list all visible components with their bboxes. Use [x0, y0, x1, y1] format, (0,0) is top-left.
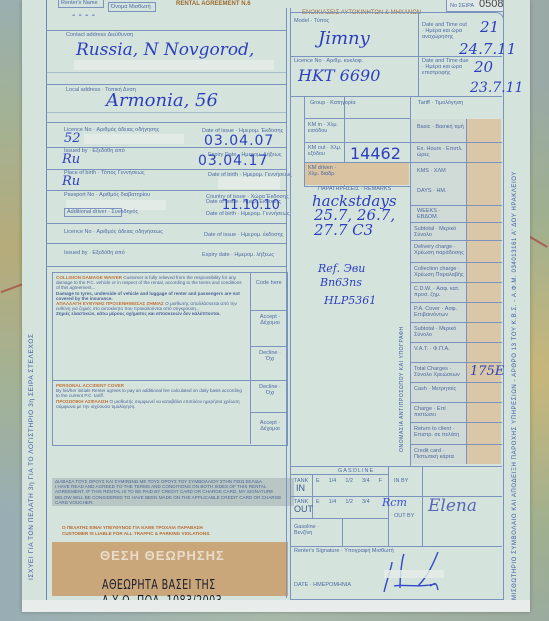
serial-number-box: No ΣΕΙΡΑ 0508	[446, 0, 504, 12]
tank-in-level-quarter[interactable]: 1/4	[329, 478, 337, 484]
contact-address-label: Contact address Διεύθυνση	[66, 32, 133, 38]
license-plate-value: HKT 6690	[298, 66, 380, 85]
stamp-watermark: ΘΕΣΗ ΘΕΩΡΗΣΗΣ	[100, 548, 225, 563]
renter-name-label-box: Renter's Name	[58, 0, 104, 8]
remarks-line4: Ref. Эви	[318, 262, 365, 275]
divider	[410, 240, 502, 241]
tank-in-label: IN	[296, 483, 305, 493]
tank-out-level-e[interactable]: E	[316, 499, 320, 505]
model-label: Model · Τύπος	[294, 18, 329, 24]
vat-label: V.A.T. · Φ.Π.Α.	[414, 346, 464, 352]
pa-cover-label: P.A. Cover · Ασφ. Επιβαινόντων	[414, 306, 464, 318]
form-title: RENTAL AGREEMENT N.6	[176, 1, 251, 7]
traffic-warning-english: CUSTOMER IS LIABLE FOR ALL TRAFFIC & PAR…	[62, 531, 211, 536]
divider	[410, 362, 502, 363]
divider	[410, 302, 502, 303]
divider	[290, 96, 502, 97]
divider	[410, 205, 502, 206]
additional-driver-license-label: Licence No · Αριθμός άδειας οδηγήσεως	[64, 229, 163, 235]
divider	[410, 222, 502, 223]
delivery-charge-label: Delivery charge · Χρέωση παράδοσης	[414, 244, 464, 256]
divider	[304, 118, 410, 119]
agent-vertical-text: ΟΝΟΜΑΣΙΑ ΑΝΤΙΠΡΟΣΩΠΟΥ ΚΑΙ ΥΠΟΓΡΑΦΗ	[399, 326, 405, 452]
tank-out-level-three-quarter[interactable]: 3/4	[362, 499, 370, 505]
redacted-address-line	[74, 60, 274, 70]
tank-out-level-half[interactable]: 1/2	[345, 499, 353, 505]
days-label: DAYS · ΗΜ.	[417, 188, 463, 194]
subtotal2-label: Subtotal · Μερικό Σύνολο	[414, 326, 464, 338]
pai-text: By his/her initials Renter agrees to pay…	[56, 388, 242, 398]
divider	[46, 266, 286, 267]
collection-charge-label: Collection charge · Χρέωση Παραλαβής	[414, 266, 464, 278]
divider	[290, 56, 502, 57]
tank-out-label: OUT	[294, 504, 313, 514]
divider	[410, 382, 502, 383]
issued-by-value: Ru	[62, 152, 80, 167]
divider	[466, 119, 467, 464]
tank-in-level-full[interactable]: F	[379, 478, 382, 484]
paper-bottom-edge	[22, 600, 530, 612]
return-to-client-label: Return to client · Επιστρ. σε πελάτη	[414, 426, 464, 438]
charge-label: Charge · Επί πιστώσει	[414, 406, 464, 418]
out-by-label: OUT BY	[394, 513, 414, 519]
tank-out-levels[interactable]: E 1/4 1/2 3/4	[316, 499, 370, 505]
divider	[410, 162, 502, 163]
group-label: Group · Κατηγορία	[310, 100, 356, 106]
total-charges-label: Total Charges · Σύνολο Χρεώσεων	[414, 366, 464, 378]
divider	[410, 444, 502, 445]
place-of-birth-value: Ru	[62, 174, 80, 189]
tank-in-levels[interactable]: E 1/4 1/2 3/4 F	[316, 478, 382, 484]
divider	[46, 30, 286, 31]
redacted-date-of-birth	[218, 177, 280, 189]
divider	[46, 72, 286, 73]
left-vertical-text: ΙΣΧΥΕΙ ΓΙΑ ΤΟΝ ΠΕΛΑΤΗ 3η ΓΙΑ ΤΟ ΛΟΓΙΣΤΗΡ…	[28, 333, 35, 580]
redacted-license-number	[84, 134, 184, 144]
left-margin-strip: ΙΣΧΥΕΙ ΓΙΑ ΤΟΝ ΠΕΛΑΤΗ 3η ΓΙΑ ΤΟ ΛΟΓΙΣΤΗΡ…	[22, 0, 47, 612]
right-vertical-text: ΜΙΣΘΩΤΗΡΙΟ ΣΥΜΒΟΛΑΙΟ ΚΑΙ ΑΠΟΔΕΙΞΗ ΠΑΡΟΧΗ…	[512, 171, 518, 600]
divider	[290, 518, 388, 519]
terms-block: ΔΙΑΒΑΣΑ ΤΟΥΣ ΟΡΟΥΣ ΚΑΙ ΣΥΜΦΩΝΩ ΜΕ ΤΟΥΣ Ο…	[52, 478, 294, 506]
cdw-greek-highlight: Ζημιές ελαστικών, κάτω μέρους οχήματος κ…	[56, 311, 220, 316]
divider	[250, 310, 286, 311]
divider	[304, 142, 410, 143]
serial-label: No ΣΕΙΡΑ	[450, 3, 474, 9]
column-divider	[286, 8, 287, 598]
tariff-label: Tariff · Τιμολόγηση	[418, 100, 463, 106]
divider	[418, 12, 419, 96]
cash-label: Cash · Μετρητοίς	[414, 386, 464, 392]
additional-driver-dob-label: Date of birth · Ημερομ. Γεννήσεως	[206, 211, 290, 217]
traffic-warning-greek: Ο ΠΕΛΑΤΗΣ ΕΙΝΑΙ ΥΠΕΥΘΥΝΟΣ ΓΙΑ ΚΑΘΕ ΤΡΟΧΑ…	[62, 525, 203, 530]
date-due-value: 23.7.11	[470, 80, 523, 96]
date-time-due-label: Date and Time due · Ημέρα και ώρα επιστρ…	[422, 58, 470, 76]
contact-address-value: Russia, N Novgorod,	[76, 40, 254, 60]
divider	[52, 380, 286, 381]
divider	[290, 474, 388, 475]
additional-driver-expiry-label: Expiry date · Ημερομ. λήξεως	[202, 252, 274, 258]
divider	[250, 412, 286, 413]
divider	[46, 122, 286, 123]
redacted-signature-part	[384, 570, 444, 578]
date-time-out-label: Date and Time out · Ημέρα και ώρα αναχώρ…	[422, 22, 470, 40]
additional-driver-box: Additional driver · Συνοδηγός	[64, 208, 122, 217]
expiry-date-value: 03.04.17	[198, 153, 268, 169]
divider	[410, 422, 502, 423]
renter-name-value: - - - -	[72, 10, 95, 21]
gasoline-label: Gasoline · Βενζίνη	[294, 524, 324, 536]
basic-label: Basic · Βασική τιμή	[417, 124, 464, 130]
time-due-value: 20	[474, 58, 493, 76]
divider	[410, 282, 502, 283]
divider	[342, 518, 343, 546]
stamp-line1: ΑΘΕΩΡΗΤΑ ΒΑΣΕΙ ΤΗΣ	[102, 578, 216, 593]
divider	[46, 223, 286, 224]
cdw-accept-option[interactable]: Accept · Δέχομαι	[256, 314, 284, 326]
divider	[46, 190, 286, 191]
remarks-line6: HLP5361	[324, 294, 376, 307]
tank-in-level-e[interactable]: E	[316, 478, 320, 484]
divider	[410, 322, 502, 323]
remarks-line3: 27.7 C3	[314, 221, 373, 239]
cdw-decline-option[interactable]: Decline · Όχι	[256, 350, 284, 362]
divider	[46, 84, 286, 85]
km-in-label: KM in · Χλμ. εισόδου	[308, 122, 342, 134]
license-no-value: 52	[64, 131, 81, 146]
tank-in-level-half[interactable]: 1/2	[345, 478, 353, 484]
cdw-text-block: COLLISION DAMAGE WAIVER Customer is full…	[56, 275, 246, 317]
total-charges-value: 175E	[470, 364, 504, 379]
pai-accept-option[interactable]: Accept · Δέχομαι	[256, 420, 284, 432]
rental-agreement-form: ΙΣΧΥΕΙ ΓΙΑ ΤΟΝ ΠΕΛΑΤΗ 3η ΓΙΑ ΤΟ ΛΟΓΙΣΤΗΡ…	[22, 0, 530, 612]
divider	[250, 272, 251, 444]
tank-in-level-three-quarter[interactable]: 3/4	[362, 478, 370, 484]
divider	[46, 243, 286, 244]
passport-no-label: Passport No · Αριθμός διαβατηρίου	[64, 192, 150, 198]
divider	[410, 142, 502, 143]
date-label: DATE · ΗΜΕΡΟΜΗΝΙΑ	[294, 582, 351, 588]
divider	[250, 346, 286, 347]
additional-driver-label: Additional driver · Συνοδηγός	[67, 209, 138, 215]
pai-text-block: PERSONAL ACCIDENT COVER By his/her initi…	[56, 383, 246, 409]
code-here-label[interactable]: Code here	[256, 280, 282, 286]
cdw-highlight: Damage to tyres, underside of vehicle an…	[56, 291, 240, 301]
extra-hours-label: Ex. Hours · Επιπλ. ώρες	[417, 146, 463, 158]
kms-label: KMS · ΧΛΜ	[417, 168, 463, 174]
time-out-value: 21	[480, 18, 499, 36]
pai-decline-option[interactable]: Decline · Όχι	[256, 384, 284, 396]
license-plate-label: Licence No · Αριθμ. κυκλοφ.	[294, 58, 363, 64]
km-out-value: 14462	[350, 144, 401, 163]
credit-card-label: Credit card · Πιστωτική κάρτα	[414, 448, 464, 460]
tank-out-level-quarter[interactable]: 1/4	[329, 499, 337, 505]
additional-driver-issue-date-label: Date of issue · Ημερομ. έκδοσης	[204, 232, 283, 238]
divider	[290, 466, 502, 467]
renter-name-greek-box: Όνομα Μισθωτή	[108, 2, 156, 12]
additional-driver-issued-by-label: Issued by · Εξεδόθη από	[64, 250, 125, 256]
subtotal-label: Subtotal · Μερικό Σύνολο	[414, 226, 464, 238]
cdw-charge-label: C.D.W. · Ασφ. κατ. προσ. ζημ.	[414, 286, 464, 298]
remarks-line5: Bn63ns	[320, 276, 362, 289]
terms-english: I HAVE READ AND AGREED TO THE TERMS AND …	[55, 484, 281, 505]
renter-name-label: Renter's Name	[61, 0, 98, 6]
divider	[422, 466, 423, 546]
in-by-label: IN BY	[394, 478, 408, 484]
model-value: Jimny	[318, 28, 370, 49]
serial-number: 0508	[479, 0, 503, 10]
renter-name-greek-label: Όνομα Μισθωτή	[111, 4, 151, 10]
weeks-label: WEEKS · ΕΒΔΟΜ.	[417, 208, 463, 220]
divider	[410, 342, 502, 343]
km-out-label: KM out · Χλμ. εξόδου	[308, 145, 342, 157]
divider	[410, 262, 502, 263]
local-address-value: Armonia, 56	[106, 90, 218, 111]
divider	[410, 402, 502, 403]
km-driven-label: KM driven · Χλμ. διαδρ.	[308, 165, 342, 177]
divider	[46, 112, 286, 113]
out-by-scribble: Rcm	[382, 496, 407, 509]
out-by-signature: Elena	[428, 496, 477, 516]
